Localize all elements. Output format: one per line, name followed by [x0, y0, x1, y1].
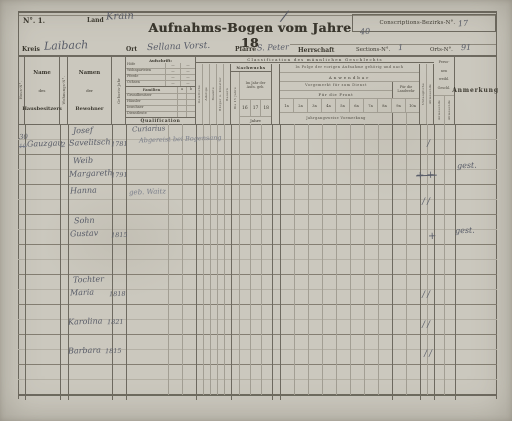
tally-mark-handwritten: /: [427, 139, 430, 149]
vorgemerkt-line: Vorgemerkt für zum Dienst: [280, 82, 392, 91]
kreis-value-handwritten: Laibach: [44, 38, 89, 53]
front-footer: Jahrgangsweise Vormerkung: [280, 113, 392, 124]
category-column: Bürger u. Künstler: [217, 64, 224, 124]
folge-line: In Folge der vorigen Aufnahme gehörig un…: [280, 64, 419, 73]
resident-surname-handwritten: Karolina: [68, 316, 103, 326]
birth-year-handwritten: 1818: [109, 290, 126, 299]
aufschrift-row-value1: —: [165, 63, 181, 68]
nachwuchs-year-cell: 17: [251, 100, 262, 116]
land-value-handwritten: Krain: [106, 11, 134, 23]
front-year-cell: 3a: [308, 99, 322, 112]
conscription-classification-group: In Folge der vorigen Aufnahme gehörig un…: [280, 64, 420, 124]
sections-value-handwritten: 1: [398, 43, 403, 52]
sheet-number: N°. 1.: [23, 16, 45, 25]
owner-name-handwritten: Gauzgau: [27, 138, 63, 148]
form-title-year-handwritten: 40: [360, 27, 371, 37]
resident-given-name-handwritten: Weib: [73, 156, 93, 166]
qualification-footer: Qualification: [126, 117, 195, 124]
resident-given-name-handwritten: Tochter: [73, 274, 104, 284]
familien-cell: [177, 100, 186, 105]
birth-year-handwritten: 1815: [111, 231, 128, 240]
remark-handwritten: gest.: [455, 226, 475, 236]
front-footer-band: Jahrgangsweise Vormerkung: [280, 113, 419, 124]
front-year-cells: 1a 2a 3a 4a 5a 6a 7a 8a 9a 10a: [280, 99, 419, 113]
resident-surname-handwritten: Barbara: [68, 345, 101, 355]
owner-header-line2: des: [39, 88, 46, 93]
birth-year-column-label: Geburts-Jahr: [117, 78, 121, 104]
tally-columns: Untaugliche Abwesende: [420, 64, 434, 124]
classification-title-text: Classification des männlichen Geschlecht…: [247, 57, 383, 62]
qualification-note-handwritten: Curiarius: [132, 124, 166, 133]
nachwuchs-note: Im Jahr der Aufn. geb.: [240, 72, 271, 100]
ort-label: Ort: [126, 46, 137, 53]
frame-top-line: [18, 11, 497, 13]
ort-value-handwritten: Sellana Vorst.: [147, 41, 210, 53]
column-header-owner: Name des Hausbesitzers: [25, 57, 60, 124]
pfarre-value-handwritten: S. Peter: [257, 42, 289, 52]
qualification-note2-handwritten: geb. Waitz: [129, 187, 166, 196]
tally-mark-handwritten: //: [424, 349, 434, 359]
nachwuchs-year-cell: 16: [240, 100, 251, 116]
birth-year-handwritten: 1781: [111, 140, 128, 149]
nachwuchs-footer: Jahre: [240, 117, 271, 124]
nachwuchs-title: Nachwuchs: [231, 64, 271, 72]
tally-column: Abwesende: [427, 64, 433, 124]
front-year-cell: 8a: [378, 99, 392, 112]
column-header-residents: Namen der Bewohner: [68, 57, 112, 124]
female-subcolumn: Anwesende: [434, 96, 445, 124]
front-year-cell: 1a: [280, 99, 294, 112]
tally-mark-handwritten: //: [422, 290, 432, 300]
nachwuchs-under15-column: Bis 15 Jahre: [231, 72, 240, 124]
female-subcolumn-label: Anwesende: [437, 100, 441, 120]
category-column-label: Beamte: [211, 87, 215, 100]
apartment-number-handwritten: 2: [61, 141, 66, 149]
tally-column-label: Untaugliche: [421, 83, 425, 105]
resident-surname-handwritten: Savelitsch: [69, 137, 111, 147]
nachwuchs-under15-label: Bis 15 Jahre: [233, 87, 237, 109]
resident-surname-handwritten: Gustav: [70, 229, 98, 239]
front-year-cell: 10a: [406, 99, 419, 112]
resident-given-name-handwritten: Josef: [73, 126, 93, 136]
aufschrift-row-value2: —: [181, 69, 195, 74]
zuwachs-column-label: [274, 93, 278, 94]
female-header-line2: nen: [441, 70, 447, 74]
residents-header-line2: der: [86, 88, 93, 93]
category-column: Bauern: [224, 64, 230, 124]
landwehr-subcell: [393, 113, 407, 124]
front-year-cell: 9a: [392, 99, 406, 112]
remarks-header-label: Anmerkung: [452, 87, 499, 94]
familien-cell: [186, 94, 195, 99]
residents-header-line3: Bewohner: [75, 106, 103, 112]
front-line: Für die Front: [280, 91, 392, 98]
residents-header-line1: Namen: [79, 70, 100, 76]
category-column-label: Bürger u. Künstler: [218, 77, 222, 111]
conscription-number-handwritten: 17: [458, 18, 469, 28]
front-year-cell: 2a: [294, 99, 308, 112]
landwehr-header: Für die Landwehr: [392, 82, 419, 98]
nachwuchs-year-cells: 16 17 18: [240, 100, 271, 117]
form-title: Aufnahms-Bogen vom Jahre 18 40: [140, 26, 370, 43]
front-year-cell: 4a: [322, 99, 336, 112]
birth-year-handwritten: 1821: [107, 318, 124, 327]
resident-surname-handwritten: Hanna: [70, 186, 97, 196]
aufschrift-row-value2: —: [181, 75, 195, 80]
sections-label: Sections-N°.: [356, 47, 390, 53]
herrschaft-label: Herrschaft: [298, 47, 334, 54]
familien-col-a: a: [177, 87, 186, 93]
remarks-column-header: Anmerkung: [455, 57, 496, 124]
front-year-cell: 7a: [364, 99, 378, 112]
resident-surname-handwritten: Maria: [70, 288, 94, 298]
zuwachs-column: [272, 64, 280, 124]
category-columns: Geistliche Adelige Beamte Bürger u. Küns…: [196, 64, 231, 124]
familien-col-b: b: [186, 87, 195, 93]
classification-title: Classification des männlichen Geschlecht…: [196, 57, 434, 63]
tally-column: Untaugliche: [420, 64, 427, 124]
birth-year-handwritten: 1815: [105, 347, 122, 356]
front-year-cell: 6a: [350, 99, 364, 112]
familien-cell: [177, 94, 186, 99]
category-column: Beamte: [210, 64, 217, 124]
female-header-line4: Geschl.: [438, 87, 451, 91]
tally-mark-handwritten: //: [422, 197, 432, 207]
category-column-label: Adelige: [204, 87, 208, 101]
aufschrift-row-value1: —: [165, 75, 181, 80]
conscription-label: Conscriptions-Bezirks-N°.: [379, 20, 455, 26]
column-header-dwelling-number: Wohnungs-N°.: [60, 57, 68, 124]
orts-label: Orts-N°.: [430, 47, 453, 53]
female-subcolumn: Abwesende: [445, 96, 455, 124]
conscription-district-box: Conscriptions-Bezirks-N°. 17: [352, 14, 496, 32]
tally-column-label: Abwesende: [428, 84, 432, 104]
birth-year-handwritten: 1791: [111, 171, 128, 180]
familien-cell: [186, 100, 195, 105]
category-column: Geistliche: [196, 64, 203, 124]
front-year-cell: 5a: [336, 99, 350, 112]
orts-value-handwritten: 91: [461, 43, 471, 52]
qualification-header-block: Aufschrift: Höfe — — Wohnparteien — — Pf…: [126, 57, 196, 124]
remark-handwritten: gest.: [457, 161, 477, 171]
owner-header-line3: Hausbesitzers: [22, 106, 62, 112]
column-header-house-number: Haus-N°.: [18, 57, 25, 124]
house-number-column-label: Haus-N°.: [19, 81, 23, 99]
land-label: Land: [87, 17, 104, 24]
female-header-line3: weibl.: [439, 78, 449, 82]
tally-mark-handwritten: //: [422, 320, 432, 330]
nachwuchs-group: Nachwuchs Bis 15 Jahre Im Jahr der Aufn.…: [231, 64, 272, 124]
female-header-line1: Perso-: [439, 61, 450, 65]
tally-mark-handwritten: ++: [416, 170, 437, 182]
scanned-census-form: N°. 1. Land Krain ∕ Conscriptions-Bezirk…: [0, 0, 512, 421]
pfarre-label: Pfarre: [235, 46, 256, 53]
nachwuchs-year-cell: 18: [261, 100, 271, 116]
resident-surname-handwritten: Margareth: [69, 168, 113, 179]
owner-header-line1: Name: [33, 70, 51, 76]
anwendbar-line: Anwendbar: [280, 73, 419, 82]
resident-given-name-handwritten: Sohn: [74, 216, 95, 226]
tally-mark-handwritten: +: [428, 231, 437, 242]
kreis-label: Kreis: [22, 46, 40, 53]
category-column-label: Bauern: [225, 88, 229, 101]
familien-cell: [177, 106, 186, 111]
familien-cell: [186, 106, 195, 111]
vorgemerkt-band: Vorgemerkt für zum Dienst Für die Front …: [280, 82, 419, 99]
category-column: Adelige: [203, 64, 210, 124]
aufschrift-row-value1: —: [165, 69, 181, 74]
dwelling-number-column-label: Wohnungs-N°.: [62, 76, 66, 104]
female-subcolumn-label: Abwesende: [447, 100, 451, 120]
house-number-struck-handwritten: 10: [19, 143, 27, 150]
aufschrift-row-value2: —: [181, 63, 195, 68]
category-column-label: Geistliche: [197, 85, 201, 103]
column-header-birth-year: Geburts-Jahr: [112, 57, 126, 124]
landwehr-subcell: [407, 113, 420, 124]
